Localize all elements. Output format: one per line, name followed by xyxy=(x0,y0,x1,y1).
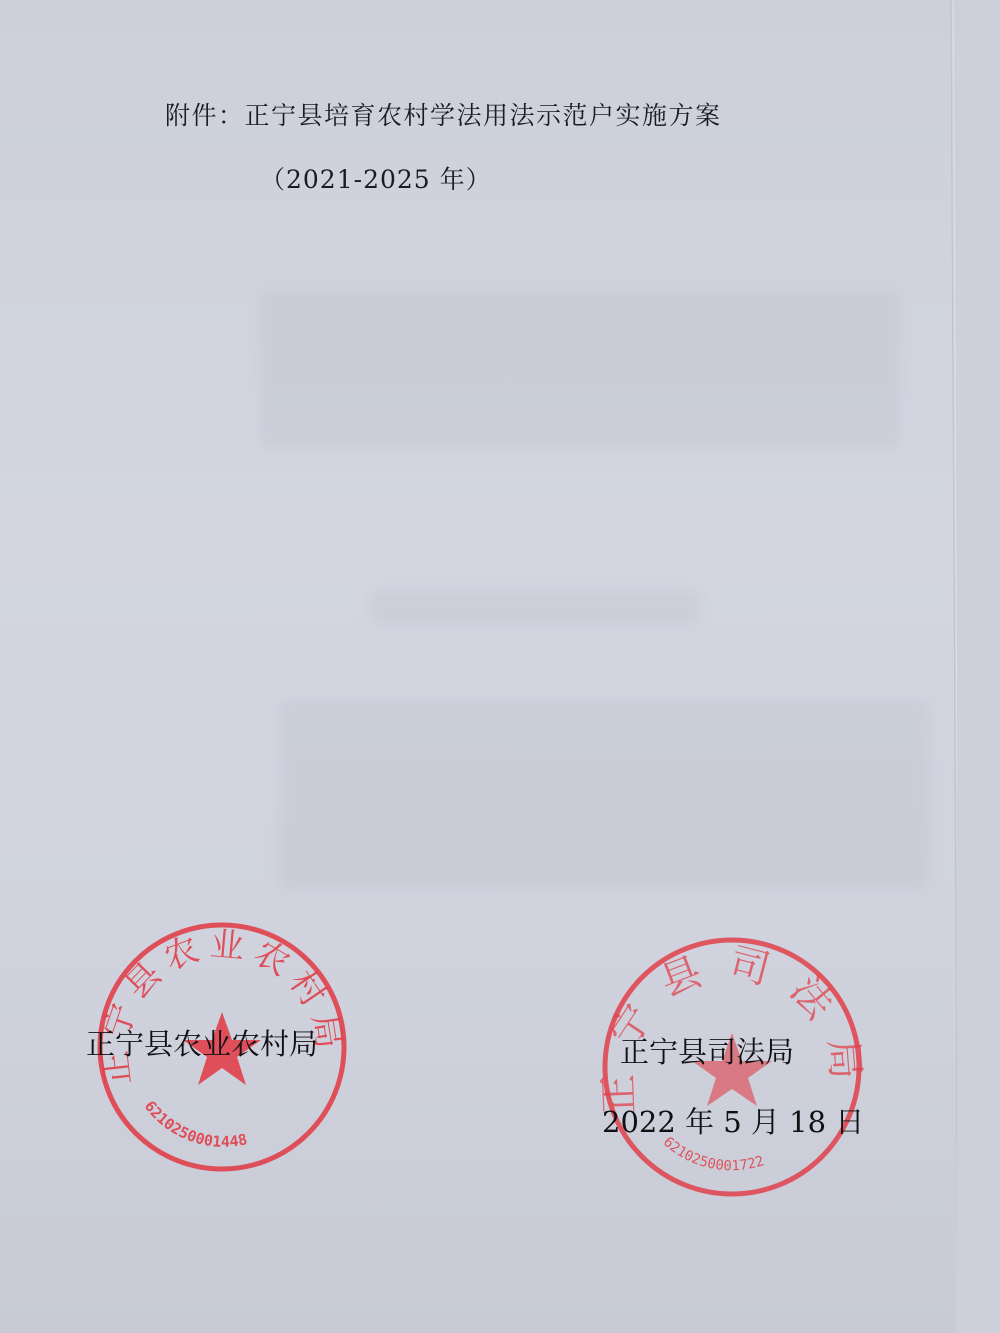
seal-code: 6210250001448 xyxy=(141,1097,249,1151)
signer-agriculture-bureau: 正宁县农业农村局 xyxy=(86,1022,318,1063)
signer-justice-bureau: 正宁县司法局 xyxy=(620,1030,794,1071)
show-through-docnumber xyxy=(370,590,700,625)
show-through-header xyxy=(260,290,900,450)
svg-text:6210250001448: 6210250001448 xyxy=(141,1097,249,1151)
show-through-body xyxy=(280,700,930,890)
attachment-title: 附件：正宁县培育农村学法用法示范户实施方案 xyxy=(165,96,722,132)
signing-date: 2022 年 5 月 18 日 xyxy=(602,1100,864,1141)
attachment-years: （2021-2025 年） xyxy=(260,160,492,196)
underlying-page xyxy=(957,0,1000,1333)
